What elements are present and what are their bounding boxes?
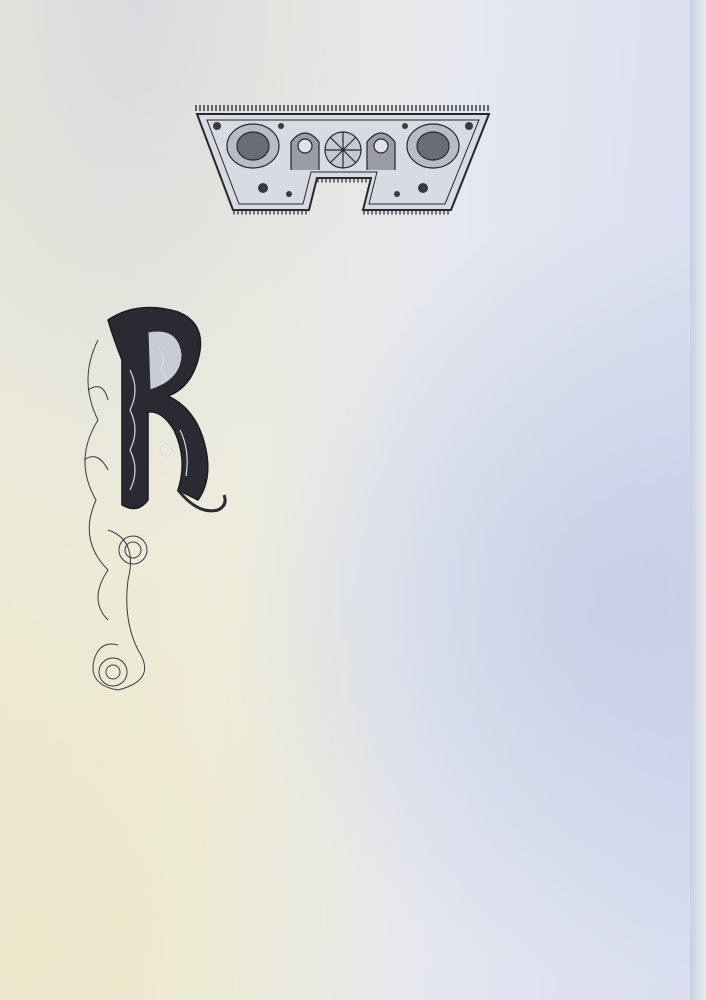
illuminated-drop-cap-r-icon [78, 300, 238, 700]
embroidered-glove-cuff-icon [193, 100, 493, 218]
page-edge [690, 0, 706, 1000]
